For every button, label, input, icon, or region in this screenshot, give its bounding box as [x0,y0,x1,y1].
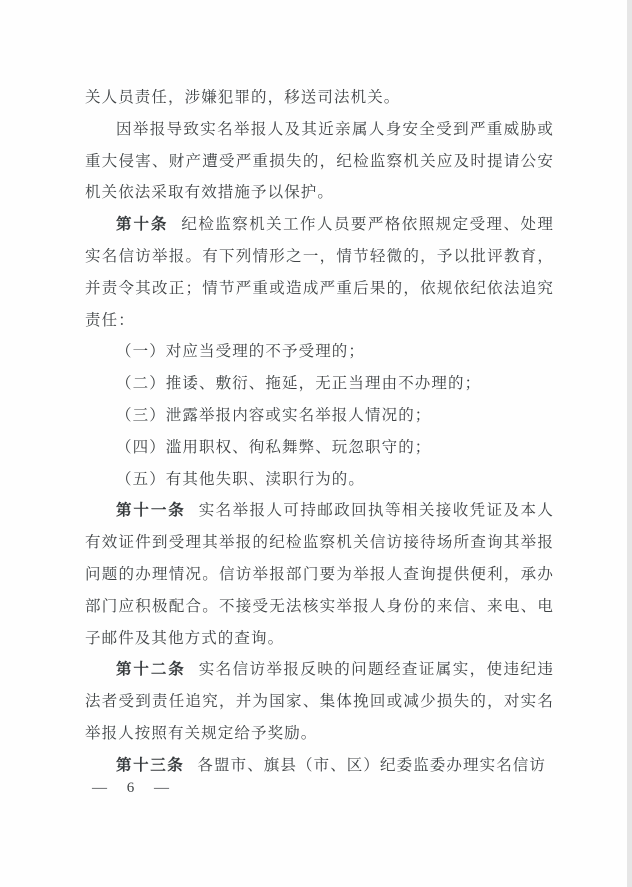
list-item-paragraph: （四）滥用职权、徇私舞弊、玩忽职守的； [85,432,554,464]
body-paragraph: 因举报导致实名举报人及其近亲属人身安全受到严重威胁或重大侵害、财产遭受严重损失的… [85,114,554,209]
list-item-paragraph: （一）对应当受理的不予受理的； [85,336,554,368]
article-number: 第十三条 [116,757,184,774]
article-number: 第十条 [116,216,168,233]
article-paragraph: 第十条纪检监察机关工作人员要严格依照规定受理、处理实名信访举报。有下列情形之一，… [85,209,554,336]
article-paragraph: 第十一条实名举报人可持邮政回执等相关接收凭证及本人有效证件到受理其举报的纪检监察… [85,495,554,654]
article-paragraph: 第十二条实名信访举报反映的问题经查证属实，使违纪违法者受到责任追究，并为国家、集… [85,654,554,749]
document-page: 关人员责任，涉嫌犯罪的，移送司法机关。因举报导致实名举报人及其近亲属人身安全受到… [0,0,632,887]
body-paragraph: 关人员责任，涉嫌犯罪的，移送司法机关。 [85,82,554,114]
page-number: — 6 — [92,780,171,797]
article-paragraph: 第十三条各盟市、旗县（市、区）纪委监委办理实名信访 [85,750,554,782]
list-item-paragraph: （三）泄露举报内容或实名举报人情况的； [85,400,554,432]
list-item-paragraph: （二）推诿、敷衍、拖延，无正当理由不办理的； [85,368,554,400]
list-item-paragraph: （五）有其他失职、渎职行为的。 [85,464,554,496]
document-body: 关人员责任，涉嫌犯罪的，移送司法机关。因举报导致实名举报人及其近亲属人身安全受到… [85,82,554,782]
scan-edge-shadow [627,0,632,887]
article-number: 第十一条 [116,502,186,519]
article-number: 第十二条 [116,661,186,678]
